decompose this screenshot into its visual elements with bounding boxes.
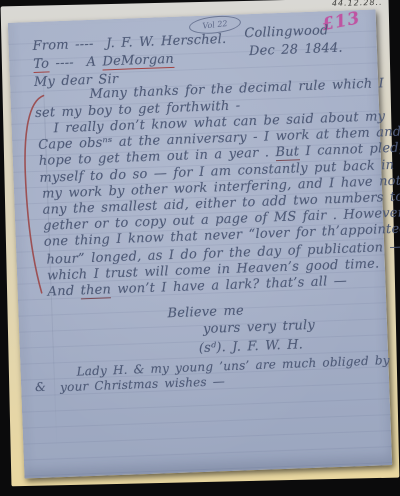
- postscript-margin-mark: &: [35, 380, 46, 394]
- from-label: From: [32, 38, 69, 54]
- postscript-line: Lady H. & my young ’uns’ are much oblige…: [76, 353, 390, 378]
- volume-stamp-label: Vol 22: [202, 19, 228, 31]
- to-line: To ---- A DeMorgan: [33, 53, 174, 72]
- from-dashes: ----: [75, 37, 94, 53]
- archive-code: 44.12.28..: [332, 0, 383, 8]
- letter-page: Vol 22 £13 From ---- J. F. W. Herschel. …: [8, 9, 392, 478]
- to-label: To: [33, 56, 49, 73]
- closing-yours-truly: yours very truly: [203, 319, 315, 337]
- scanned-letter-photo: 44.12.28.. Vol 22 £13 From ---- J. F. W.…: [0, 0, 400, 496]
- underlined-word: But: [275, 144, 299, 161]
- closing-signature: (sᵈ). J. F. W. H.: [199, 338, 304, 356]
- to-name: DeMorgan: [102, 52, 174, 71]
- to-dashes: ----: [55, 56, 74, 72]
- underlined-word: then: [80, 282, 111, 299]
- from-line: From ---- J. F. W. Herschel.: [32, 33, 226, 54]
- date-line: Dec 28 1844.: [249, 42, 343, 59]
- closing-believe-me: Believe me: [167, 304, 244, 321]
- from-name: J. F. W. Herschel.: [106, 32, 227, 51]
- to-prefix: A: [86, 54, 102, 70]
- place-line: Collingwood: [244, 24, 329, 41]
